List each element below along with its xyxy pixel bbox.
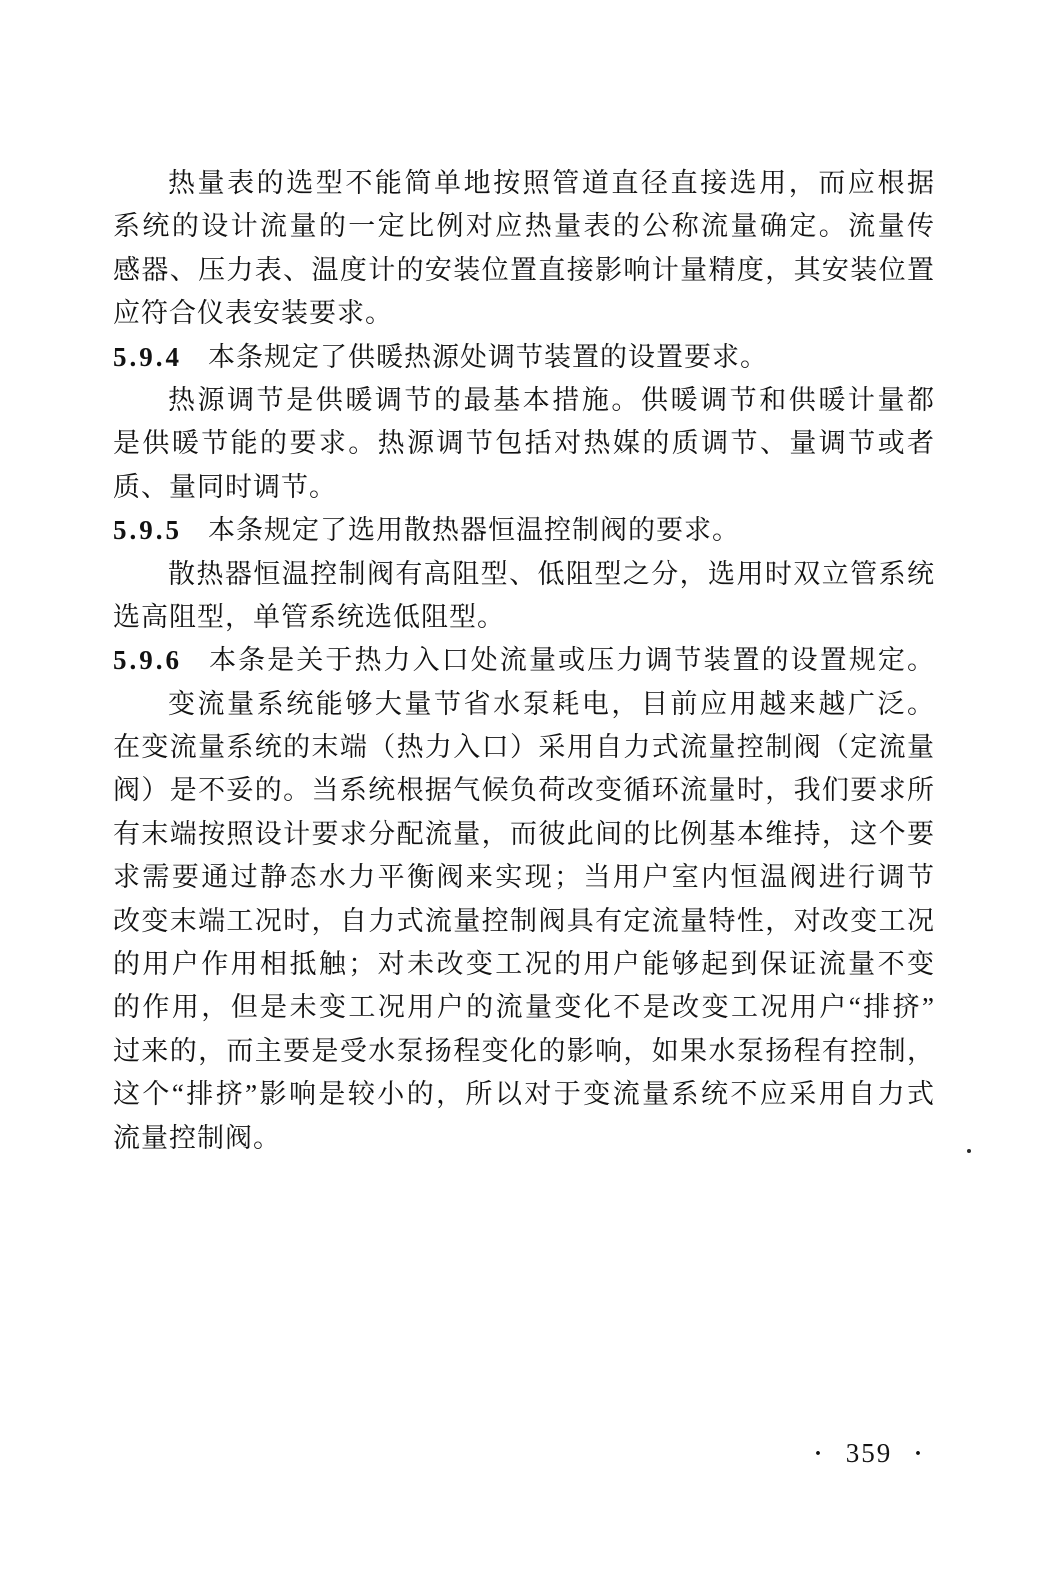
clause-number: 5.9.6 xyxy=(113,645,182,675)
text-line: 的用户作用相抵触；对未改变工况的用户能够起到保证流量不变 xyxy=(113,943,935,986)
text-line: 的作用，但是未变工况用户的流量变化不是改变工况用户“排挤” xyxy=(113,986,935,1029)
text-line: 热源调节是供暖调节的最基本措施。供暖调节和供暖计量都 xyxy=(113,379,935,422)
text-line: 散热器恒温控制阀有高阻型、低阻型之分，选用时双立管系统 xyxy=(113,553,935,596)
text-line: 变流量系统能够大量节省水泵耗电，目前应用越来越广泛。 xyxy=(113,683,935,726)
clause-number: 5.9.5 xyxy=(113,515,182,545)
footer-left-dot: · xyxy=(814,1442,824,1466)
text-line: 系统的设计流量的一定比例对应热量表的公称流量确定。流量传 xyxy=(113,205,935,248)
scan-artifact-dot xyxy=(967,1149,971,1153)
text-line: 求需要通过静态水力平衡阀来实现；当用户室内恒温阀进行调节 xyxy=(113,856,935,899)
clause-line: 5.9.6本条是关于热力入口处流量或压力调节装置的设置规定。 xyxy=(113,639,935,682)
footer-page-number: 359 xyxy=(846,1438,893,1469)
clause-text: 本条是关于热力入口处流量或压力调节装置的设置规定。 xyxy=(208,645,935,675)
text-line: 过来的，而主要是受水泵扬程变化的影响，如果水泵扬程有控制， xyxy=(113,1030,935,1073)
clause-number: 5.9.4 xyxy=(113,342,182,372)
text-line: 是供暖节能的要求。热源调节包括对热媒的质调节、量调节或者 xyxy=(113,422,935,465)
document-page: 热量表的选型不能简单地按照管道直径直接选用，而应根据系统的设计流量的一定比例对应… xyxy=(0,0,1056,1584)
text-line: 这个“排挤”影响是较小的，所以对于变流量系统不应采用自力式 xyxy=(113,1073,935,1116)
clause-text: 本条规定了选用散热器恒温控制阀的要求。 xyxy=(208,515,740,545)
clause-line: 5.9.5本条规定了选用散热器恒温控制阀的要求。 xyxy=(113,509,935,552)
footer-right-dot: · xyxy=(914,1442,924,1466)
text-line: 改变末端工况时，自力式流量控制阀具有定流量特性，对改变工况 xyxy=(113,900,935,943)
text-line: 流量控制阀。 xyxy=(113,1117,935,1160)
text-line: 应符合仪表安装要求。 xyxy=(113,292,935,335)
text-line: 选高阻型，单管系统选低阻型。 xyxy=(113,596,935,639)
text-line: 质、量同时调节。 xyxy=(113,466,935,509)
text-line: 有末端按照设计要求分配流量，而彼此间的比例基本维持，这个要 xyxy=(113,813,935,856)
text-line: 感器、压力表、温度计的安装位置直接影响计量精度，其安装位置 xyxy=(113,249,935,292)
clause-line: 5.9.4本条规定了供暖热源处调节装置的设置要求。 xyxy=(113,336,935,379)
text-block: 热量表的选型不能简单地按照管道直径直接选用，而应根据系统的设计流量的一定比例对应… xyxy=(113,162,935,1160)
text-line: 在变流量系统的末端（热力入口）采用自力式流量控制阀（定流量 xyxy=(113,726,935,769)
page-number: · 359 · xyxy=(814,1438,924,1469)
clause-text: 本条规定了供暖热源处调节装置的设置要求。 xyxy=(208,342,768,372)
text-line: 热量表的选型不能简单地按照管道直径直接选用，而应根据 xyxy=(113,162,935,205)
text-line: 阀）是不妥的。当系统根据气候负荷改变循环流量时，我们要求所 xyxy=(113,769,935,812)
